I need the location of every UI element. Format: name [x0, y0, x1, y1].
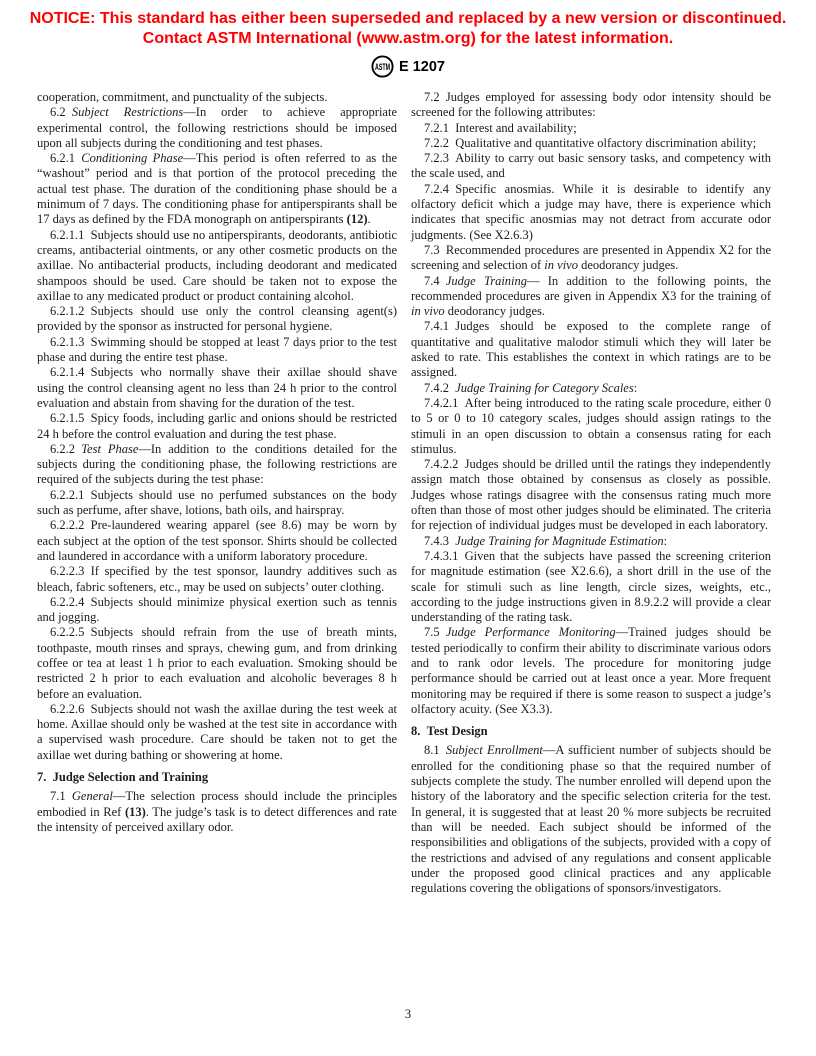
notice-line-1: NOTICE: This standard has either been su… — [0, 9, 816, 29]
paragraph: 7.2.3 Ability to carry out basic sensory… — [411, 151, 771, 182]
paragraph: 6.2.1.3 Swimming should be stopped at le… — [37, 335, 397, 366]
paragraph: 7.4 Judge Training— In addition to the f… — [411, 274, 771, 320]
paragraph: 6.2.1.2 Subjects should use only the con… — [37, 304, 397, 335]
paragraph: 7.4.1 Judges should be exposed to the co… — [411, 319, 771, 380]
paragraph: 7.4.2.2 Judges should be drilled until t… — [411, 457, 771, 533]
paragraph: 7.4.3 Judge Training for Magnitude Estim… — [411, 534, 771, 549]
paragraph: 6.2.1.4 Subjects who normally shave thei… — [37, 365, 397, 411]
paragraph: cooperation, commitment, and punctuality… — [37, 90, 397, 105]
notice-line-2: Contact ASTM International (www.astm.org… — [0, 29, 816, 49]
two-column-body: cooperation, commitment, and punctuality… — [0, 90, 816, 896]
astm-logo-icon: ASTM — [371, 55, 394, 78]
paragraph: 6.2.2.2 Pre-laundered wearing apparel (s… — [37, 518, 397, 564]
paragraph: 7.4.3.1 Given that the subjects have pas… — [411, 549, 771, 625]
svg-text:ASTM: ASTM — [375, 62, 390, 73]
paragraph: 6.2.1 Conditioning Phase—This period is … — [37, 151, 397, 227]
discontinuation-notice: NOTICE: This standard has either been su… — [0, 0, 816, 49]
paragraph: 6.2.2.5 Subjects should refrain from the… — [37, 625, 397, 701]
document-header: ASTM E 1207 — [0, 55, 816, 78]
paragraph: 7.1 General—The selection process should… — [37, 789, 397, 835]
paragraph: 6.2.2 Test Phase—In addition to the cond… — [37, 442, 397, 488]
paragraph: 7.2.1 Interest and availability; — [411, 121, 771, 136]
paragraph: 6.2 Subject Restrictions—In order to ach… — [37, 105, 397, 151]
paragraph: 7.4.2.1 After being introduced to the ra… — [411, 396, 771, 457]
column-right: 7.2 Judges employed for assessing body o… — [411, 90, 771, 896]
paragraph: 7.2.4 Specific anosmias. While it is des… — [411, 182, 771, 243]
paragraph: 7.3 Recommended procedures are presented… — [411, 243, 771, 274]
paragraph: 7.2 Judges employed for assessing body o… — [411, 90, 771, 121]
paragraph: 6.2.2.6 Subjects should not wash the axi… — [37, 702, 397, 763]
paragraph: 7.5 Judge Performance Monitoring—Trained… — [411, 625, 771, 717]
section-heading: 7. Judge Selection and Training — [37, 770, 397, 785]
paragraph: 8.1 Subject Enrollment—A sufficient numb… — [411, 743, 771, 896]
paragraph: 7.4.2 Judge Training for Category Scales… — [411, 381, 771, 396]
paragraph: 6.2.2.4 Subjects should minimize physica… — [37, 595, 397, 626]
paragraph: 7.2.2 Qualitative and quantitative olfac… — [411, 136, 771, 151]
paragraph: 6.2.2.1 Subjects should use no perfumed … — [37, 488, 397, 519]
section-heading: 8. Test Design — [411, 724, 771, 739]
page-number: 3 — [0, 1007, 816, 1022]
column-left: cooperation, commitment, and punctuality… — [37, 90, 397, 896]
document-page: NOTICE: This standard has either been su… — [0, 0, 816, 1056]
paragraph: 6.2.2.3 If specified by the test sponsor… — [37, 564, 397, 595]
paragraph: 6.2.1.1 Subjects should use no antipersp… — [37, 228, 397, 304]
paragraph: 6.2.1.5 Spicy foods, including garlic an… — [37, 411, 397, 442]
doc-code: E 1207 — [399, 59, 445, 75]
